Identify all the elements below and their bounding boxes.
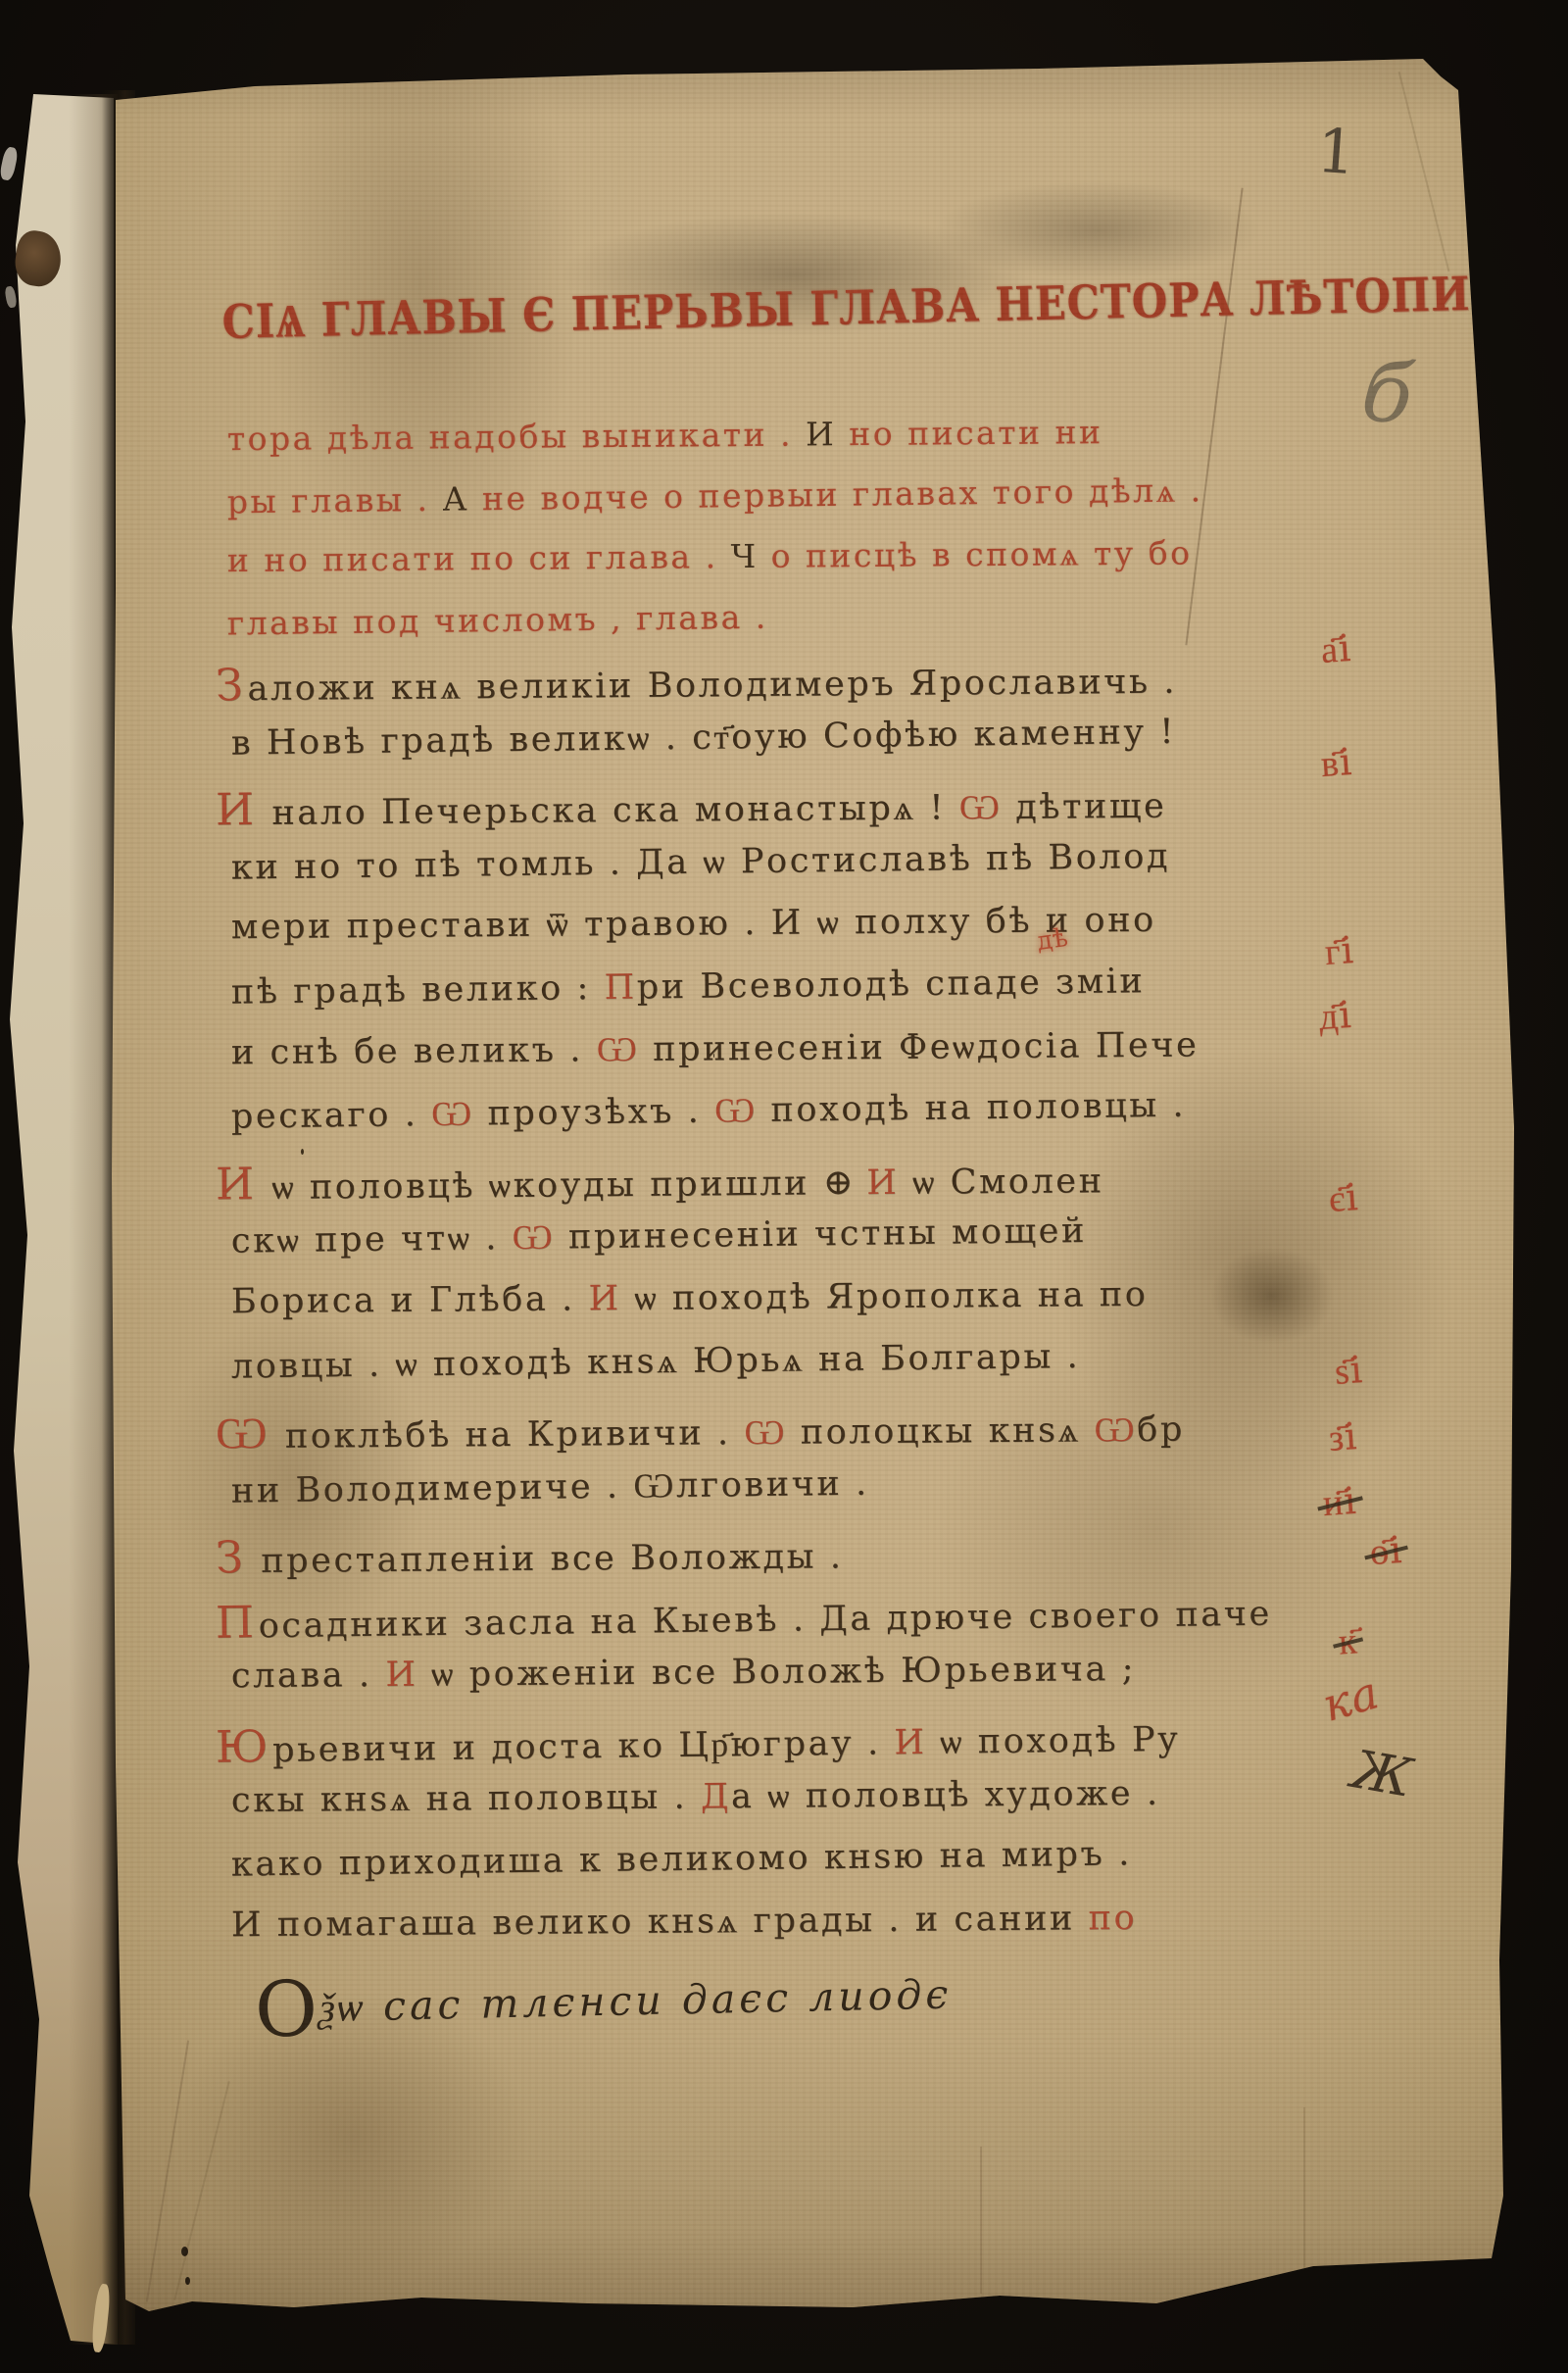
margin-chapter-numeral: ѕ҃і <box>1333 1348 1364 1394</box>
edge-speck <box>0 146 19 181</box>
text-segment: рескаго . <box>231 1095 432 1136</box>
text-segment: о писцѣ в спомѧ ту бо <box>758 533 1192 574</box>
manuscript-line: Посадники засла на Кыевѣ . Да дрюче свое… <box>231 1583 1291 1658</box>
later-cursive-note: Оѯѡ сас тлєнси даєс лиодє <box>255 1971 953 2033</box>
text-segment: в Новѣ градѣ великѡ . ст҃оую Софѣю камен… <box>231 712 1177 763</box>
text-segment: мери престави ѿ травою . И ѡ полху бѣ и … <box>231 901 1156 947</box>
margin-chapter-numeral: є҃і <box>1327 1175 1360 1221</box>
manuscript-line: ловцы . ѡ походѣ кнѕѧ Юрьѧ на Болгары . <box>231 1334 1291 1409</box>
rubric-line: главы под числомъ , глава . <box>227 592 1267 666</box>
text-segment: не водче о первыи главах того дѣлѧ . <box>469 470 1203 518</box>
photo-backdrop: 1 б СІѦ ГЛАВЫ Є ПЕРЬВЫ ГЛАВА НЕСТОРА ЛѢТ… <box>0 0 1568 2373</box>
manuscript-line: рескаго . Ѡ проузѣхъ . Ѡ походѣ на полов… <box>231 1085 1291 1161</box>
manuscript-line: скы кнѕѧ на половцы . Да ѡ половцѣ худож… <box>231 1772 1290 1843</box>
crease-line <box>1398 72 1450 272</box>
text-segment: ѡ роженіи все Воложѣ Юрьевича ; <box>417 1649 1136 1694</box>
note-text: ѯѡ сас тлєнси даєс лиодє <box>318 1971 953 2032</box>
text-segment: и снѣ бе великъ . <box>231 1030 597 1072</box>
text-segment: проузѣхъ . <box>474 1092 715 1134</box>
manuscript-page: 1 б СІѦ ГЛАВЫ Є ПЕРЬВЫ ГЛАВА НЕСТОРА ЛѢТ… <box>0 0 1568 2373</box>
margin-chapter-numeral-struck: ѳ҃і <box>1368 1528 1403 1574</box>
manuscript-line: мери престави ѿ травою . И ѡ полху бѣ и … <box>231 900 1290 970</box>
text-segment: ѡ Смолен <box>899 1162 1103 1203</box>
text-segment: Ѡ <box>714 1091 758 1131</box>
manuscript-line: Юрьевичи и доста ко Цр҃юграу . И ѡ поход… <box>231 1707 1291 1783</box>
text-segment: ры главы . <box>227 480 443 521</box>
crease-line <box>146 2041 189 2302</box>
text-segment: принесеніи чстны мощей <box>555 1211 1087 1258</box>
text-segment: походѣ на половцы . <box>757 1086 1186 1130</box>
rubric-line: и но писати по си глава . Ч о писцѣ в сп… <box>227 533 1266 602</box>
rubric-paragraph: тора дѣла надобы выникати . И но писати … <box>227 416 1266 659</box>
rubric-title: СІѦ ГЛАВЫ Є ПЕРЬВЫ ГЛАВА НЕСТОРА ЛѢТОПИС… <box>221 273 1230 350</box>
text-segment: И <box>385 1655 417 1694</box>
manuscript-line: И нало Печерьска ска монастырѧ ! Ѡ дѣтищ… <box>231 775 1290 846</box>
manuscript-line: и снѣ бе великъ . Ѡ принесеніи Феѡдосіа … <box>231 1024 1290 1095</box>
text-segment: Ч <box>730 537 758 575</box>
text-segment: А <box>442 479 469 518</box>
crease-line <box>1185 188 1243 646</box>
margin-chapter-numeral-struck: и҃і <box>1321 1479 1358 1525</box>
text-segment: Ѡ <box>744 1413 787 1453</box>
manuscript-line: Ѡ поклѣбѣ на Кривичи . Ѡ полоцкы кнѕѧ Ѡб… <box>231 1399 1290 1469</box>
text-segment: ни Володимериче . Ѡлговичи . <box>231 1463 869 1510</box>
text-segment: скы кнѕѧ на половцы . <box>231 1777 701 1820</box>
text-segment: престапленіи все Воложды . <box>247 1538 843 1582</box>
text-segment: И помагаша велико кнѕѧ грады . и сании <box>231 1899 1089 1945</box>
folio-number: 1 <box>1315 115 1358 189</box>
text-segment: Ѡ <box>431 1095 474 1135</box>
text-segment: а ѡ половцѣ художе . <box>731 1773 1160 1815</box>
rubric-line: тора дѣла надобы выникати . И но писати … <box>227 412 1266 480</box>
text-segment: како приходиша к великомо кнѕю на миръ . <box>231 1835 1132 1885</box>
text-segment: Ѡ <box>959 788 1003 827</box>
text-segment: слава . <box>231 1656 386 1696</box>
text-segment: ⊕ <box>823 1161 854 1203</box>
text-segment: ѡ половцѣ ѡкоуды пришли <box>259 1163 823 1208</box>
text-segment: и но писати по си глава . <box>227 537 731 579</box>
text-segment: осадники засла на Кыевѣ . Да дрюче своег… <box>258 1595 1272 1647</box>
text-segment: скѡ пре чтѡ . <box>231 1218 513 1261</box>
text-segment: рьевичи и доста ко Цр҃юграу . <box>272 1723 895 1770</box>
text-segment: И <box>588 1279 620 1318</box>
manuscript-line: ки но то пѣ томль . Да ѡ Ростиславѣ пѣ В… <box>231 835 1291 911</box>
text-segment: полоцкы кнѕѧ <box>787 1410 1095 1452</box>
text-segment: аложи кнѧ великіи Володимеръ Ярославичь … <box>247 663 1177 709</box>
wormhole-specks <box>181 2247 188 2256</box>
edge-speck <box>4 285 18 308</box>
manuscript-line: слава . И ѡ роженіи все Воложѣ Юрьевича … <box>231 1648 1290 1718</box>
text-segment: Ѡ <box>512 1218 555 1259</box>
manuscript-line: Заложи кнѧ великіи Володимеръ Ярославичь… <box>231 651 1290 721</box>
text-segment: ри Всеволодѣ спаде зміи <box>636 962 1145 1007</box>
rubric-line: ры главы . А не водче о первыи главах то… <box>227 470 1267 544</box>
note-initial: О <box>254 1965 318 2054</box>
margin-chapter-numeral-struck: к҃ <box>1337 1618 1359 1663</box>
text-segment: тора дѣла надобы выникати . <box>227 416 806 459</box>
text-segment: И <box>216 1158 257 1210</box>
text-segment: И <box>894 1723 927 1762</box>
crease-line <box>980 2147 982 2294</box>
manuscript-line: И помагаша велико кнѕѧ грады . и сании п… <box>231 1898 1290 1968</box>
margin-chapter-numeral: з҃і <box>1327 1414 1358 1460</box>
text-segment: Ѡ <box>597 1030 640 1069</box>
text-segment: поклѣбѣ на Кривичи . <box>271 1413 745 1457</box>
pencil-mark: б <box>1357 343 1417 444</box>
text-segment: принесеніи Феѡдосіа Пече <box>639 1025 1199 1068</box>
text-segment: ѡ походѣ Ярополка на по <box>620 1275 1148 1318</box>
text-segment: но писати ни <box>836 413 1103 453</box>
text-segment: Д <box>701 1777 731 1816</box>
text-segment: по <box>1088 1899 1137 1938</box>
text-segment: И <box>216 783 257 835</box>
manuscript-line: како приходиша к великомо кнѕю на миръ . <box>231 1833 1291 1908</box>
manuscript-line: З престапленіи все Воложды . <box>231 1523 1290 1594</box>
manuscript-line: И ѡ половцѣ ѡкоуды пришли ⊕ И ѡ Смолен <box>231 1150 1290 1220</box>
text-segment: Ѡ <box>1094 1410 1137 1450</box>
margin-chapter-numeral: д҃і <box>1317 993 1353 1039</box>
text-segment: нало Печерьска ска монастырѧ ! <box>259 789 959 834</box>
interlinear-correction: дѣ <box>1035 923 1070 957</box>
text-segment: П <box>604 968 637 1008</box>
manuscript-line: Бориса и Глѣба . И ѡ походѣ Ярополка на … <box>231 1274 1290 1345</box>
text-segment: Ѡ <box>216 1407 270 1458</box>
text-segment: И <box>806 415 837 453</box>
text-segment: главы под числомъ , глава . <box>227 598 768 643</box>
margin-chapter-numeral: ка <box>1317 1665 1386 1732</box>
text-segment: ловцы . ѡ походѣ кнѕѧ Юрьѧ на Болгары . <box>231 1337 1081 1387</box>
text-segment: бр <box>1137 1410 1185 1450</box>
text-segment: И <box>853 1163 899 1203</box>
margin-chapter-numeral: г҃і <box>1323 928 1355 974</box>
text-segment: ки но то пѣ томль . Да ѡ Ростиславѣ пѣ В… <box>231 837 1171 888</box>
manuscript-line: пѣ градѣ велико : При Всеволодѣ спаде зм… <box>231 960 1291 1035</box>
text-segment: ѡ походѣ Ру <box>926 1720 1180 1762</box>
crease-line <box>173 2081 230 2300</box>
margin-ink-doodle: Ж <box>1347 1738 1417 1809</box>
text-segment: пѣ градѣ велико : <box>231 968 605 1013</box>
text-segment: Бориса и Глѣба . <box>231 1279 589 1321</box>
crease-line <box>1303 2107 1305 2294</box>
margin-chapter-numeral: в҃і <box>1319 740 1353 786</box>
margin-chapter-numeral: а҃і <box>1319 626 1352 672</box>
manuscript-line: в Новѣ градѣ великѡ . ст҃оую Софѣю камен… <box>231 711 1291 786</box>
text-segment: П <box>216 1596 257 1649</box>
text-segment: дѣтище <box>1002 787 1166 827</box>
text-segment: З <box>216 1531 246 1583</box>
text-segment: Ю <box>216 1720 271 1773</box>
manuscript-line: ни Володимериче . Ѡлговичи . <box>231 1458 1291 1534</box>
manuscript-line: скѡ пре чтѡ . Ѡ принесеніи чстны мощей <box>231 1210 1291 1285</box>
text-segment: З <box>216 659 246 711</box>
chapter-list-text: Заложи кнѧ великіи Володимеръ Ярославичь… <box>231 655 1290 1963</box>
